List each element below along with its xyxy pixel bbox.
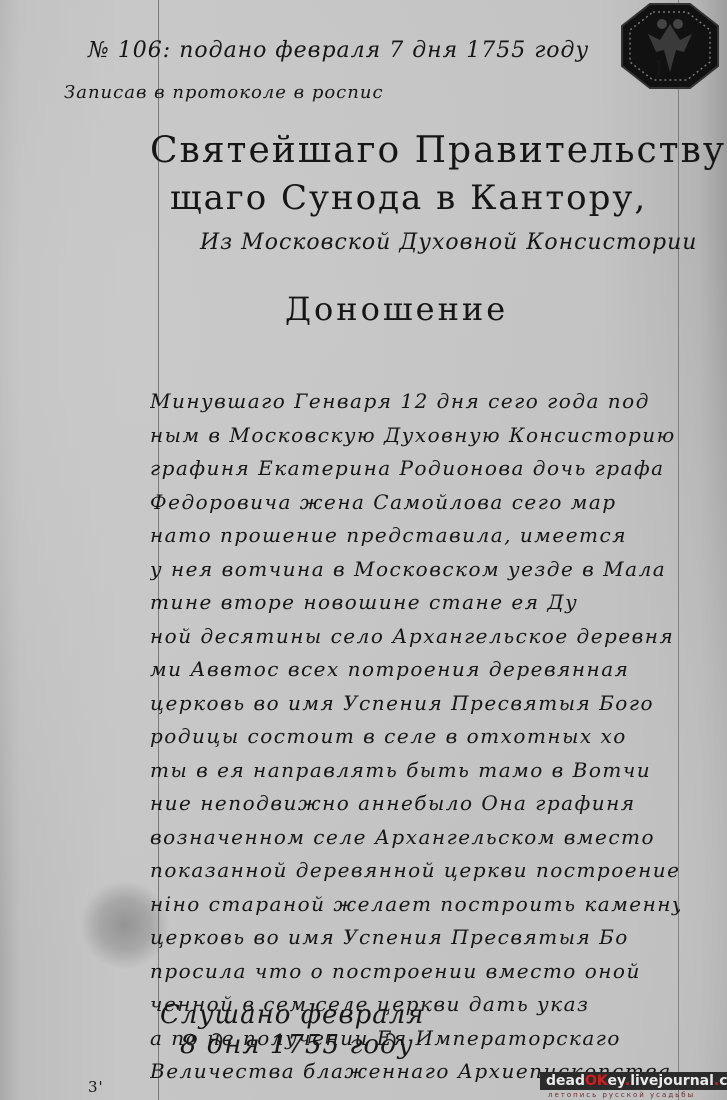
watermark-link[interactable]: deadOKey.livejournal.com xyxy=(540,1072,727,1090)
watermark-suffix: ey xyxy=(608,1073,625,1089)
registry-note: № 106: подано февраля 7 дня 1755 году xyxy=(88,38,589,63)
body-line: просила что о построении вместо оной xyxy=(150,955,680,989)
wax-seal-icon xyxy=(620,2,720,90)
resolution-date: 8 дня 1755 году xyxy=(180,1030,414,1060)
petition-body: Минувшаго Генваря 12 дня сего года под н… xyxy=(150,385,680,1089)
watermark-tagline: летопись русской усадьбы xyxy=(548,1091,695,1099)
sender-line: Из Московской Духовной Консистории xyxy=(200,230,697,255)
body-line: ми Аввтос всех потроения деревянная xyxy=(150,653,680,687)
body-line: Минувшаго Генваря 12 дня сего года под xyxy=(150,385,680,419)
addressee-line-2: щаго Сунода в Кантору, xyxy=(170,178,647,218)
watermark-domain: livejournal xyxy=(630,1073,714,1089)
body-line: Федоровича жена Самойлова сего мар xyxy=(150,486,680,520)
folio-number: 1 xyxy=(652,58,667,83)
body-line: родицы состоит в селе в отхотных хо xyxy=(150,720,680,754)
body-line: возначенном селе Архангельском вместо xyxy=(150,821,680,855)
addressee-line-1: Святейшаго Правительствую xyxy=(150,130,727,171)
document-title: Доношение xyxy=(285,290,508,328)
protocol-note: Записав в протоколе в роспис xyxy=(64,82,384,103)
watermark-tld: com xyxy=(719,1073,727,1089)
body-line: церковь во имя Успения Пресвятыя Бо xyxy=(150,921,680,955)
body-line: нато прошение представила, имеется xyxy=(150,519,680,553)
body-line: церковь во имя Успения Пресвятыя Бого xyxy=(150,687,680,721)
watermark-accent: OK xyxy=(585,1073,608,1089)
body-line: показанной деревянной церкви построение xyxy=(150,854,680,888)
body-line: ты в ея направлять быть тамо в Вотчи xyxy=(150,754,680,788)
body-line: тине вторе новошине стане ея Ду xyxy=(150,586,680,620)
body-line: графиня Екатерина Родионова дочь графа xyxy=(150,452,680,486)
body-line: у нея вотчина в Московском уезде в Мала xyxy=(150,553,680,587)
resolution-heard: Слушано февраля xyxy=(160,1000,425,1030)
page-mark: 3' xyxy=(88,1078,104,1096)
body-line: ным в Московскую Духовную Консисторию вд… xyxy=(150,419,680,453)
body-line: ніно стараной желает построить каменную xyxy=(150,888,680,922)
body-line: ние неподвижно аннебыло Она графиня xyxy=(150,787,680,821)
document-scan: № 106: подано февраля 7 дня 1755 году За… xyxy=(0,0,727,1100)
watermark-prefix: dead xyxy=(546,1073,585,1089)
body-line: ной десятины село Архангельское деревня xyxy=(150,620,680,654)
